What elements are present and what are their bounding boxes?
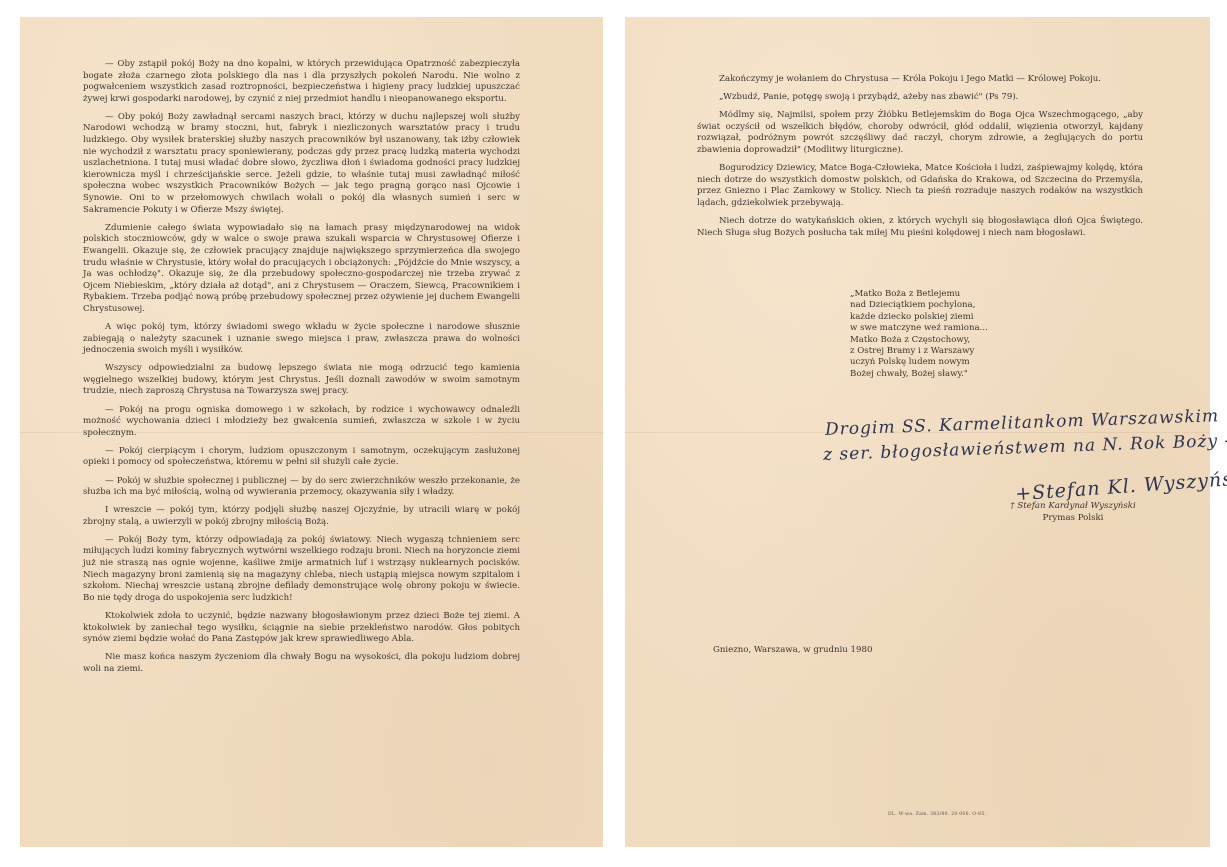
poem-line: każde dziecko polskiej ziemi — [850, 312, 988, 323]
poem-line: nad Dzieciątkiem pochylona, — [850, 300, 988, 311]
place-and-date: Gniezno, Warszawa, w grudniu 1980 — [713, 645, 872, 655]
signatory-title: Prymas Polski — [993, 513, 1153, 525]
paragraph: — Pokój Boży tym, którzy odpowiadają za … — [83, 535, 520, 605]
right-page-text-column: Zakończymy je wołaniem do Chrystusa — Kr… — [697, 74, 1143, 246]
left-page-text-column: — Oby zstąpił pokój Boży na dno kopalni,… — [83, 59, 520, 682]
carol-poem: „Matko Boża z Betlejemu nad Dzieciątkiem… — [850, 289, 988, 380]
poem-line: uczyń Polskę ludem nowym — [850, 357, 988, 368]
paragraph: — Oby pokój Boży zawładnął sercami naszy… — [83, 112, 520, 216]
paragraph: I wreszcie — pokój tym, którzy podjęli s… — [83, 505, 520, 528]
paragraph: Zakończymy je wołaniem do Chrystusa — Kr… — [697, 74, 1143, 86]
paragraph: Niech dotrze do watykańskich okien, z kt… — [697, 216, 1143, 239]
paragraph: Wszyscy odpowiedzialni za budowę lepszeg… — [83, 363, 520, 398]
paragraph: — Oby zstąpił pokój Boży na dno kopalni,… — [83, 59, 520, 105]
handwritten-signature: +Stefan Kl. Wyszyński — [1015, 467, 1227, 506]
paragraph: Ktokolwiek zdoła to uczynić, będzie nazw… — [83, 611, 520, 646]
signature-block: † Stefan Kardynał Wyszyński Prymas Polsk… — [993, 501, 1153, 524]
paragraph: Nie masz końca naszym życzeniom dla chwa… — [83, 652, 520, 675]
paragraph: Zdumienie całego świata wypowiadało się … — [83, 223, 520, 316]
paragraph: — Pokój w służbie społecznej i publiczne… — [83, 476, 520, 499]
paragraph: Bogurodzicy Dziewicy, Matce Boga-Człowie… — [697, 163, 1143, 209]
printer-imprint: DL. W-wa. Zam. 383/80. 20 000. O-85. — [888, 812, 986, 817]
poem-line: z Ostrej Bramy i z Warszawy — [850, 346, 988, 357]
poem-line: „Matko Boża z Betlejemu — [850, 289, 988, 300]
poem-line: w swe matczyne weź ramiona... — [850, 323, 988, 334]
paragraph: — Pokój na progu ogniska domowego i w sz… — [83, 405, 520, 440]
signatory-name: † Stefan Kardynał Wyszyński — [993, 501, 1153, 513]
letter-page-left: — Oby zstąpił pokój Boży na dno kopalni,… — [20, 17, 603, 847]
paragraph: — Pokój cierpiącym i chorym, ludziom opu… — [83, 446, 520, 469]
letter-page-right: Zakończymy je wołaniem do Chrystusa — Kr… — [625, 17, 1210, 847]
paragraph: Módlmy się, Najmilsi, społem przy Żłóbku… — [697, 110, 1143, 156]
poem-line: Matko Boża z Częstochowy, — [850, 335, 988, 346]
poem-line: Bożej chwały, Bożej sławy." — [850, 369, 988, 380]
paragraph: „Wzbudź, Panie, potęgę swoją i przybądź,… — [697, 92, 1143, 104]
paragraph: A więc pokój tym, którzy świadomi swego … — [83, 322, 520, 357]
